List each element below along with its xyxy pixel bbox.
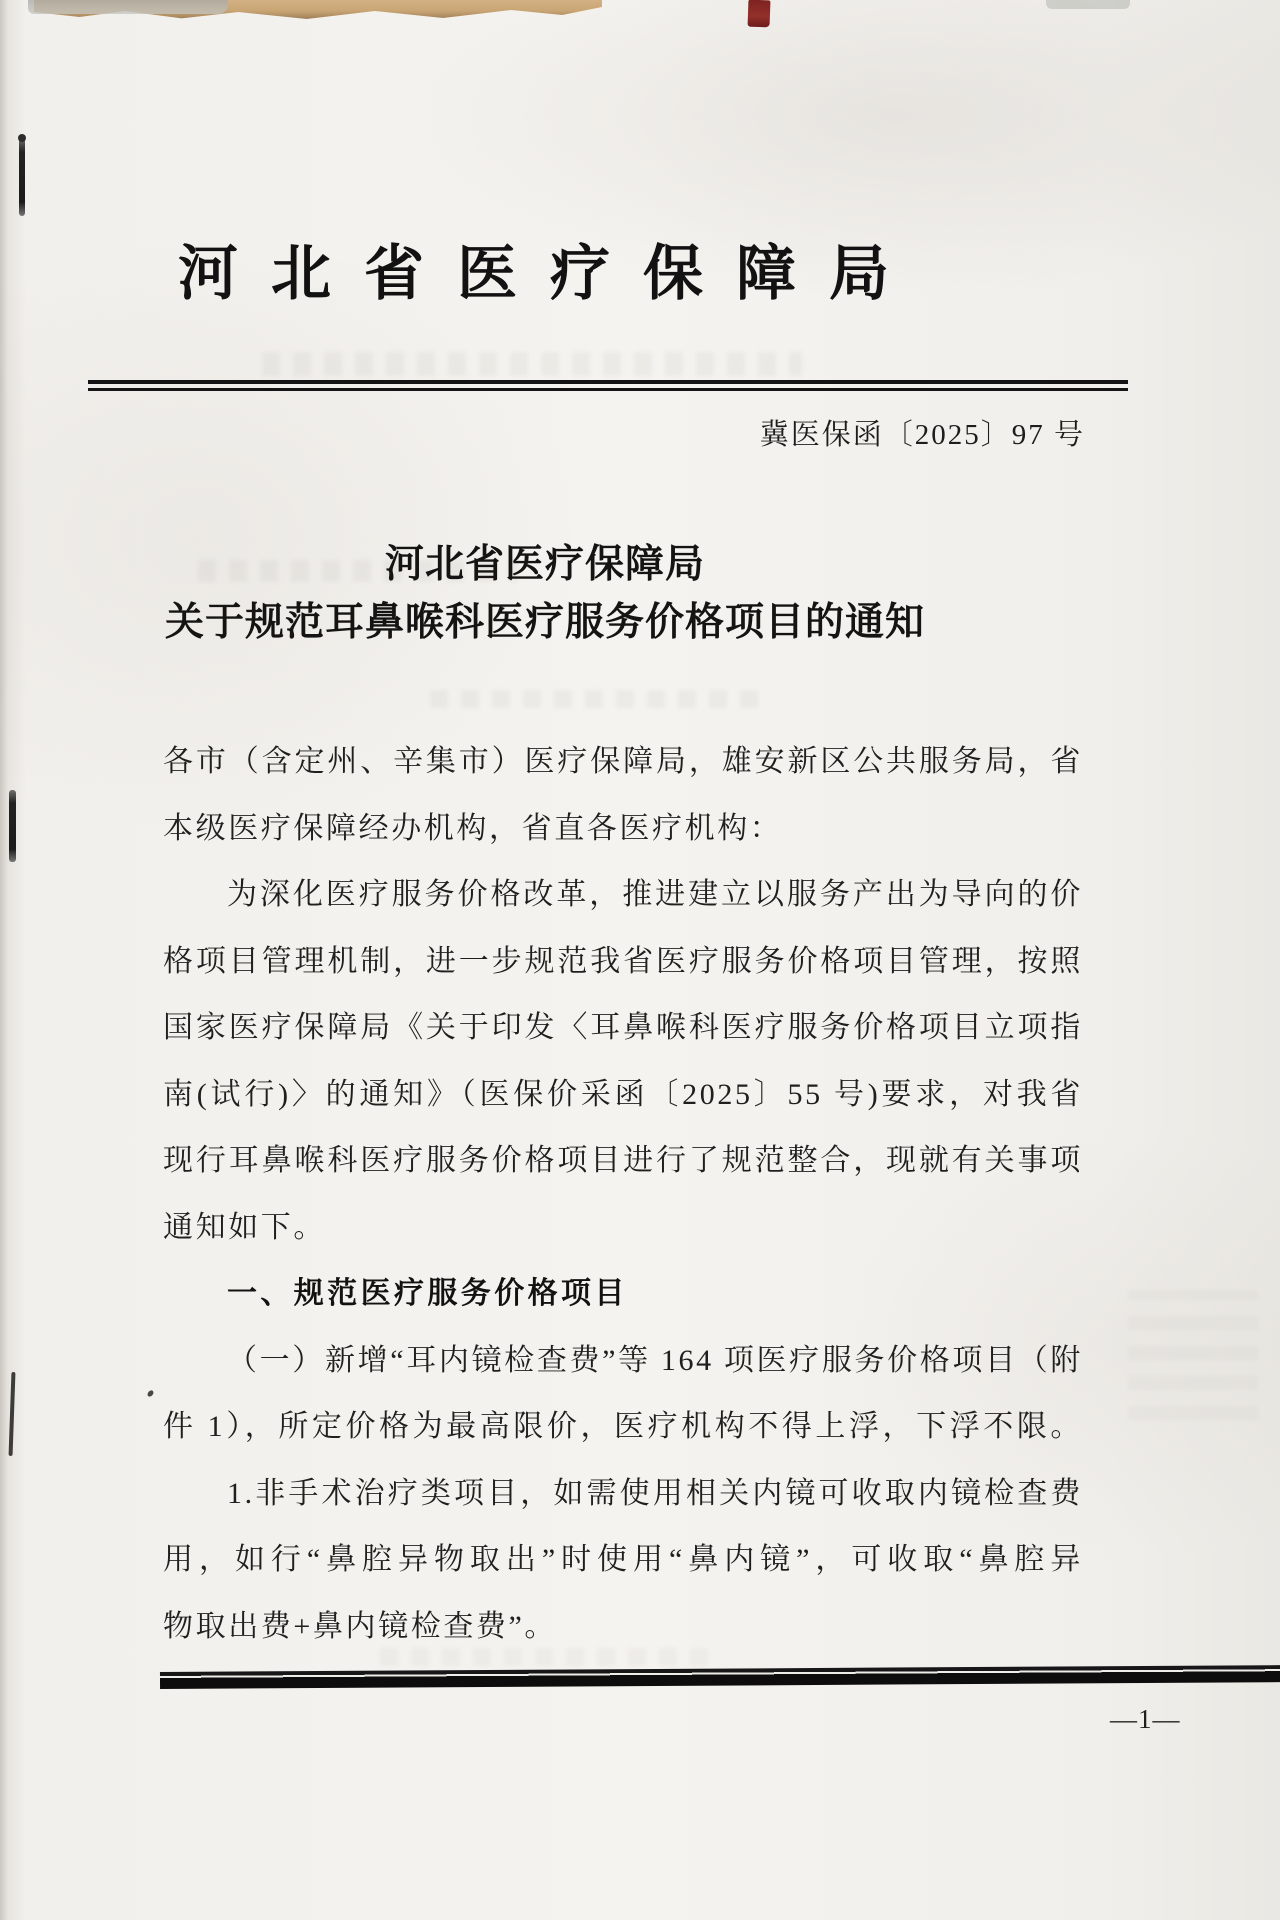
document-body: 各市（含定州、辛集市）医疗保障局，雄安新区公共服务局，省本级医疗保障经办机构，省… bbox=[163, 729, 1083, 1660]
staple-mark bbox=[9, 790, 16, 862]
body-line: 用，如行“鼻腔异物取出”时使用“鼻内镜”，可收取“鼻腔异 bbox=[163, 1527, 1083, 1594]
agency-header: 河北省医疗保障局 bbox=[178, 240, 922, 309]
document-page: 河北省医疗保障局 冀医保函〔2025〕97 号 河北省医疗保障局 关于规范耳鼻喉… bbox=[0, 0, 1280, 1920]
body-line: 1.非手术治疗类项目，如需使用相关内镜可收取内镜检查费 bbox=[163, 1461, 1083, 1528]
red-mark-artifact bbox=[748, 0, 771, 27]
body-line: 一、规范医疗服务价格项目 bbox=[163, 1261, 1083, 1328]
body-line: 现行耳鼻喉科医疗服务价格项目进行了规范整合，现就有关事项 bbox=[163, 1128, 1083, 1195]
staple-mark bbox=[19, 138, 25, 216]
body-line: （一）新增“耳内镜检查费”等 164 项医疗服务价格项目（附 bbox=[163, 1328, 1083, 1395]
bleedthrough-artifact bbox=[262, 352, 802, 376]
body-line: 格项目管理机制，进一步规范我省医疗服务价格项目管理，按照 bbox=[163, 929, 1083, 996]
smudge-artifact bbox=[1046, 0, 1130, 9]
body-line: 南(试行)〉的通知》（医保价采函〔2025〕55 号)要求，对我省 bbox=[163, 1062, 1083, 1129]
title-line-2: 关于规范耳鼻喉科医疗服务价格项目的通知 bbox=[85, 594, 1005, 652]
title-line-1: 河北省医疗保障局 bbox=[85, 536, 1005, 594]
page-number: —1— bbox=[1110, 1704, 1181, 1735]
body-line: 本级医疗保障经办机构，省直各医疗机构： bbox=[163, 796, 1083, 863]
ink-dot-artifact bbox=[146, 1389, 154, 1398]
doc-number: 冀医保函〔2025〕97 号 bbox=[760, 412, 1085, 453]
body-line: 物取出费+鼻内镜检查费”。 bbox=[163, 1594, 1083, 1661]
bleedthrough-artifact bbox=[1128, 1290, 1258, 1420]
smudge-artifact bbox=[28, 0, 228, 14]
body-line: 各市（含定州、辛集市）医疗保障局，雄安新区公共服务局，省 bbox=[163, 729, 1083, 796]
body-line: 为深化医疗服务价格改革，推进建立以服务产出为导向的价 bbox=[163, 862, 1083, 929]
body-line: 通知如下。 bbox=[163, 1195, 1083, 1262]
staple-mark bbox=[9, 1372, 16, 1456]
bleedthrough-artifact bbox=[430, 690, 760, 708]
body-line: 国家医疗保障局《关于印发〈耳鼻喉科医疗服务价格项目立项指 bbox=[163, 995, 1083, 1062]
body-line: 件 1），所定价格为最高限价，医疗机构不得上浮，下浮不限。 bbox=[163, 1394, 1083, 1461]
bottom-scan-bar bbox=[160, 1665, 1280, 1689]
header-double-rule bbox=[88, 380, 1128, 391]
document-title: 河北省医疗保障局 关于规范耳鼻喉科医疗服务价格项目的通知 bbox=[85, 536, 1005, 652]
